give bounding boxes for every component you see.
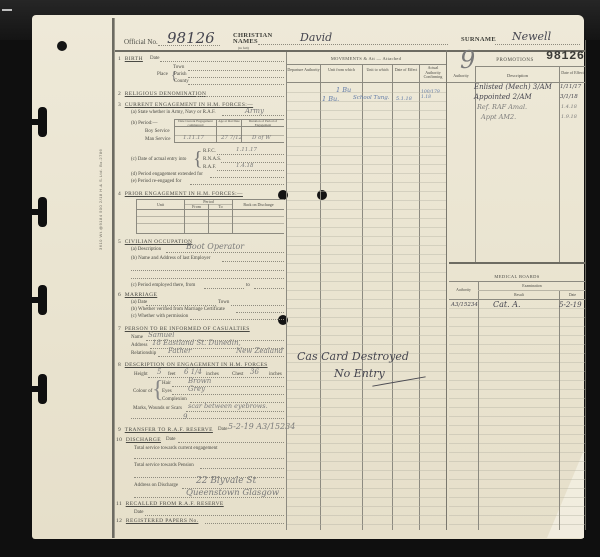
ledger-ruling bbox=[287, 137, 446, 138]
birth-county-label: County bbox=[174, 79, 189, 85]
ledger-ruling bbox=[449, 317, 585, 318]
ledger-ruling bbox=[449, 506, 585, 507]
ledger-ruling bbox=[287, 479, 446, 480]
col-duration: Duration of Period of Engagement bbox=[242, 120, 284, 127]
col-departure-authority: Departure Authority bbox=[287, 68, 320, 73]
ledger-ruling bbox=[287, 110, 446, 111]
army-navy-raf-label: (a) State whether in Army, Navy or R.A.F… bbox=[131, 110, 216, 116]
service-branch-value: Army bbox=[245, 107, 264, 115]
ledger-ruling bbox=[449, 479, 585, 480]
promotions-title-rule bbox=[475, 66, 585, 67]
christian-names-line bbox=[258, 44, 448, 45]
ledger-ruling bbox=[287, 155, 446, 156]
ledger-ruling bbox=[287, 524, 446, 525]
casualty-name-value: Samuel bbox=[148, 331, 175, 339]
man-service-date: 1.11.17 bbox=[183, 135, 204, 141]
brace-icon: { bbox=[193, 149, 203, 169]
medical-date-value: 5-2-19 bbox=[559, 301, 582, 309]
section-11-heading: 11 RECALLED FROM R.A.F. RESERVE bbox=[116, 501, 224, 507]
marks-line-2 bbox=[131, 418, 284, 419]
ledger-ruling bbox=[287, 416, 446, 417]
binder-tab bbox=[29, 197, 47, 227]
col-to: To bbox=[209, 204, 232, 210]
col-medical-date: Date bbox=[560, 292, 585, 298]
ledger-ruling bbox=[287, 236, 446, 237]
section-9-heading: 9 TRANSFER TO R.A.F. RESERVE bbox=[118, 427, 213, 433]
prior-table-row bbox=[136, 223, 284, 224]
medical-boards-title-rule bbox=[449, 281, 585, 282]
man-service-duration: D of W bbox=[252, 135, 271, 141]
parish-line bbox=[188, 77, 284, 78]
colour-label: Colour of bbox=[133, 389, 152, 395]
ledger-ruling bbox=[287, 317, 446, 318]
col-promotion-description: Description bbox=[476, 73, 559, 79]
card-right-edge bbox=[585, 40, 586, 530]
promotions-title: PROMOTIONS bbox=[475, 58, 555, 64]
marriage-permission-label: (c) Whether with permission bbox=[131, 314, 188, 320]
marks-line bbox=[186, 411, 284, 412]
section-6-heading: 6 MARRIAGE bbox=[118, 292, 157, 298]
medical-boards-top-rule bbox=[449, 262, 585, 264]
period-employed-label: (c) Period employed there, from bbox=[131, 283, 195, 289]
promotions-margin-mark: 9 bbox=[460, 46, 475, 74]
col-from: From bbox=[185, 204, 208, 210]
ledger-ruling bbox=[449, 425, 585, 426]
birth-parish-label: Parish bbox=[174, 72, 187, 78]
ledger-ruling bbox=[449, 515, 585, 516]
ledger-ruling bbox=[449, 335, 585, 336]
period-table-bottom bbox=[174, 142, 284, 143]
section-4-heading: 4 PRIOR ENGAGEMENT IN H.M. FORCES:— bbox=[118, 191, 243, 197]
col-date-of-effect: Date of Effect bbox=[393, 68, 419, 73]
recalled-date-line bbox=[145, 515, 284, 516]
col-promotion-date: Date of Effect bbox=[560, 71, 585, 76]
ledger-ruling bbox=[449, 362, 585, 363]
medical-col-rule bbox=[478, 281, 479, 530]
promotion-date: 1/11/17 bbox=[560, 84, 581, 90]
ledger-ruling bbox=[287, 101, 446, 102]
prior-table-row bbox=[136, 216, 284, 217]
ledger-ruling bbox=[287, 425, 446, 426]
discharge-address-value-1: 22 Blyvale St bbox=[196, 476, 256, 486]
ledger-ruling bbox=[287, 254, 446, 255]
ledger-ruling bbox=[287, 506, 446, 507]
ledger-ruling bbox=[449, 470, 585, 471]
binder-tab bbox=[29, 107, 47, 137]
discharge-date-label: Date bbox=[166, 437, 175, 443]
eyes-label: Eyes bbox=[162, 389, 172, 395]
ledger-ruling bbox=[287, 389, 446, 390]
marriage-date-line bbox=[146, 305, 216, 306]
ledger-ruling bbox=[287, 92, 446, 93]
ledger-ruling bbox=[287, 344, 446, 345]
ledger-ruling bbox=[449, 434, 585, 435]
movements-title-rule bbox=[286, 64, 446, 65]
rfc-label: R.F.C. bbox=[203, 149, 216, 155]
ledger-ruling bbox=[449, 344, 585, 345]
discharge-address-label: Address on Discharge bbox=[134, 483, 178, 489]
ledger-ruling bbox=[287, 281, 446, 282]
marks-label: Marks, Wounds or Scars bbox=[133, 406, 182, 412]
col-examination: Examination bbox=[479, 283, 585, 289]
service-branch-line bbox=[222, 115, 284, 116]
birth-date-label: Date bbox=[150, 56, 159, 62]
marriage-town-label: Town bbox=[218, 300, 229, 306]
height-feet-value: 5 bbox=[157, 368, 161, 376]
total-service-current-label: Total service towards current engagement bbox=[134, 446, 218, 452]
movements-title: MOVEMENTS & Att — Attached bbox=[286, 56, 446, 62]
man-service-label: Man Service bbox=[145, 137, 170, 143]
birth-place-label: Place bbox=[157, 72, 168, 78]
eyes-value: Grey bbox=[188, 385, 205, 393]
binder-tab bbox=[29, 374, 47, 404]
ledger-ruling bbox=[287, 308, 446, 309]
ledger-ruling bbox=[449, 497, 585, 498]
ledger-ruling bbox=[287, 299, 446, 300]
col-promotion-authority: Authority bbox=[447, 73, 475, 79]
occupation-description-label: (a) Description bbox=[131, 247, 161, 253]
section-10-heading: 10 DISCHARGE bbox=[116, 437, 161, 443]
ledger-ruling bbox=[287, 290, 446, 291]
surname-label: SURNAME bbox=[461, 37, 496, 43]
extended-line bbox=[210, 177, 284, 178]
col-medical-authority: Authority bbox=[449, 287, 478, 293]
punch-hole bbox=[57, 41, 67, 51]
occupation-value: Boot Operator bbox=[186, 242, 244, 251]
casualty-address-value-2: New Zealand bbox=[236, 347, 283, 355]
promotion-description: Appt AM2. bbox=[481, 113, 516, 121]
ledger-ruling bbox=[287, 191, 446, 192]
marriage-certificate-label: (b) Whether verified from Marriage Certi… bbox=[131, 307, 225, 313]
birth-date-line bbox=[160, 61, 284, 62]
ledger-ruling bbox=[287, 497, 446, 498]
official-no-label: Official No. bbox=[124, 39, 158, 45]
employer-line-3 bbox=[131, 278, 284, 279]
ledger-ruling bbox=[287, 209, 446, 210]
ledger-ruling bbox=[287, 227, 446, 228]
ledger-ruling bbox=[449, 398, 585, 399]
official-no-value: 98126 bbox=[167, 29, 215, 47]
ledger-ruling bbox=[449, 326, 585, 327]
ledger-ruling bbox=[287, 434, 446, 435]
reengaged-label: (e) Period re-engaged for bbox=[131, 179, 181, 185]
employed-to-line bbox=[254, 288, 284, 289]
occupation-line bbox=[166, 252, 284, 253]
promotion-date: 1.9.18 bbox=[561, 114, 577, 120]
marks-value: scar between eyebrows. bbox=[188, 402, 268, 410]
town-line bbox=[188, 70, 284, 71]
ledger-ruling bbox=[449, 380, 585, 381]
col-unit: Unit bbox=[137, 202, 184, 208]
employed-to-label: to bbox=[246, 283, 250, 289]
employer-line-2 bbox=[131, 270, 284, 271]
ledger-ruling bbox=[449, 371, 585, 372]
complexion-label: Complexion bbox=[162, 397, 187, 403]
christian-names-value: David bbox=[300, 31, 332, 44]
medical-col-rule bbox=[559, 290, 560, 530]
ledger-ruling bbox=[287, 326, 446, 327]
ledger-ruling bbox=[449, 389, 585, 390]
raf-line bbox=[217, 170, 284, 171]
section-5-heading: 5 CIVILIAN OCCUPATION bbox=[118, 239, 192, 245]
ledger-ruling bbox=[287, 380, 446, 381]
ledger-ruling bbox=[287, 452, 446, 453]
rfc-value: 1.11.17 bbox=[236, 147, 257, 153]
promotion-date: 3/1/18 bbox=[560, 94, 578, 100]
ledger-ruling bbox=[449, 488, 585, 489]
ledger-ruling bbox=[287, 443, 446, 444]
ledger-ruling bbox=[449, 443, 585, 444]
section-2-heading: 2 RELIGIOUS DENOMINATION bbox=[118, 91, 206, 97]
ledger-ruling bbox=[287, 128, 446, 129]
permission-line bbox=[190, 319, 284, 320]
discharge-address-line-2 bbox=[134, 497, 284, 498]
employed-from-line bbox=[204, 288, 244, 289]
marriage-town-line bbox=[231, 305, 284, 306]
section-7-heading: 7 PERSON TO BE INFORMED OF CASUALTIES bbox=[118, 326, 250, 332]
col-unit-from: Unit from which bbox=[321, 68, 362, 73]
section-3-heading: 3 CURRENT ENGAGEMENT IN H.M. FORCES:— bbox=[118, 102, 253, 108]
actual-entry-label: (c) Date of actual entry into bbox=[131, 157, 186, 163]
ledger-ruling bbox=[287, 200, 446, 201]
man-service-age: 27 7/12 bbox=[221, 135, 242, 141]
col-actual-authority: Actual Authority Confirming bbox=[420, 66, 446, 80]
rnas-label: R.N.A.S. bbox=[203, 157, 221, 163]
period-label: (b) Period:— bbox=[131, 121, 158, 127]
religion-line bbox=[196, 96, 284, 97]
hair-value: Brown bbox=[188, 377, 211, 385]
ledger-ruling bbox=[287, 515, 446, 516]
ledger-ruling bbox=[287, 245, 446, 246]
height-inches-value: 6 1/4 bbox=[184, 368, 202, 376]
casualty-address-value: 18 Eastland St. Dunedin, bbox=[152, 339, 241, 347]
medical-authority-value: A3/15234 bbox=[451, 302, 478, 308]
registered-papers-line bbox=[205, 523, 284, 524]
recalled-date-label: Date bbox=[134, 510, 143, 516]
height-line bbox=[148, 377, 284, 378]
examination-split-rule bbox=[478, 290, 585, 291]
last-employer-label: (b) Name and Address of last Employer bbox=[131, 256, 210, 262]
boy-service-label: Boy Service bbox=[145, 129, 170, 135]
left-margin-rule-inner bbox=[114, 18, 115, 538]
ledger-ruling bbox=[287, 407, 446, 408]
transfer-margin-note: 9 bbox=[183, 413, 187, 421]
marriage-date-label: (a) Date bbox=[131, 300, 147, 306]
binder-tab bbox=[29, 285, 47, 315]
reengaged-line bbox=[190, 184, 284, 185]
casualty-address-label: Address bbox=[131, 343, 147, 349]
col-current-engagement: Date Current Engagement commenced bbox=[175, 120, 216, 127]
ledger-ruling bbox=[287, 335, 446, 336]
medical-result-value: Cat. A. bbox=[493, 300, 521, 309]
extended-label: (d) Period engagement extended for bbox=[131, 172, 203, 178]
movements-right-edge bbox=[446, 50, 447, 530]
printer-imprint: 3610 Wt.@9184 500 2/18 H.& S.Ltd. Bx.278… bbox=[98, 50, 108, 250]
ledger-ruling bbox=[287, 218, 446, 219]
christian-names-label-2: NAMES bbox=[233, 38, 258, 45]
ledger-ruling bbox=[287, 461, 446, 462]
raf-label: R.A.F. bbox=[203, 165, 216, 171]
section-12-heading: 12 REGISTERED PAPERS No. bbox=[116, 518, 198, 524]
promotion-date: 1.4.18 bbox=[561, 104, 577, 110]
eyes-line bbox=[172, 394, 284, 395]
ledger-ruling bbox=[287, 173, 446, 174]
transfer-date-value: 5-2-19 A3/15234 bbox=[228, 422, 295, 431]
col-result: Result bbox=[479, 292, 559, 298]
county-line bbox=[188, 84, 284, 85]
relationship-label: Relationship bbox=[131, 351, 156, 357]
ledger-ruling bbox=[287, 272, 446, 273]
ledger-ruling bbox=[449, 461, 585, 462]
ledger-ruling bbox=[287, 263, 446, 264]
medical-boards-title: MEDICAL BOARDS bbox=[449, 274, 585, 280]
scan-mark bbox=[2, 9, 12, 11]
pension-line bbox=[200, 468, 284, 469]
certificate-line bbox=[236, 312, 284, 313]
ledger-ruling bbox=[287, 488, 446, 489]
total-current-line bbox=[134, 458, 284, 459]
ledger-ruling bbox=[287, 470, 446, 471]
total-service-pension-label: Total service towards Pension bbox=[134, 463, 194, 469]
col-back-on-discharge: Back on Discharge bbox=[233, 202, 284, 208]
surname-value: Newell bbox=[512, 30, 551, 43]
ledger-ruling bbox=[287, 182, 446, 183]
ledger-ruling bbox=[287, 398, 446, 399]
promotion-description: Ref. RAF Amal. bbox=[477, 103, 527, 111]
ledger-ruling bbox=[287, 146, 446, 147]
discharge-date-line bbox=[178, 442, 284, 443]
hair-label: Hair bbox=[162, 381, 171, 387]
official-number-stamp: 98126 bbox=[546, 53, 585, 59]
relationship-value: Father bbox=[168, 347, 191, 355]
ledger-ruling bbox=[449, 353, 585, 354]
col-age: Age at that Date bbox=[217, 120, 241, 124]
casualty-name-label: Name bbox=[131, 335, 143, 341]
promotion-description: Appointed 2/AM bbox=[474, 93, 532, 101]
promotion-description: Enlisted (Mech) 3/AM bbox=[474, 83, 552, 91]
height-label: Height bbox=[134, 372, 148, 378]
raf-value: 1.4.18 bbox=[236, 163, 254, 169]
relationship-line bbox=[158, 356, 284, 357]
ledger-ruling bbox=[287, 164, 446, 165]
cas-card-note: Cas Card Destroyed bbox=[297, 350, 409, 363]
rfc-line bbox=[217, 154, 284, 155]
transfer-date-label: Date bbox=[218, 427, 227, 433]
header-divider bbox=[115, 50, 585, 52]
no-entry-note: No Entry bbox=[334, 367, 385, 380]
surname-line bbox=[495, 44, 580, 45]
ledger-ruling bbox=[287, 119, 446, 120]
employer-line bbox=[222, 261, 284, 262]
ledger-ruling bbox=[449, 452, 585, 453]
prior-table-bottom bbox=[136, 233, 284, 234]
section-1-heading: 1 BIRTH bbox=[118, 56, 143, 62]
ledger-ruling bbox=[449, 407, 585, 408]
ledger-ruling bbox=[449, 416, 585, 417]
col-unit-to: Unit to which bbox=[363, 68, 392, 73]
ledger-ruling bbox=[449, 524, 585, 525]
chest-value: 36 bbox=[250, 368, 259, 376]
